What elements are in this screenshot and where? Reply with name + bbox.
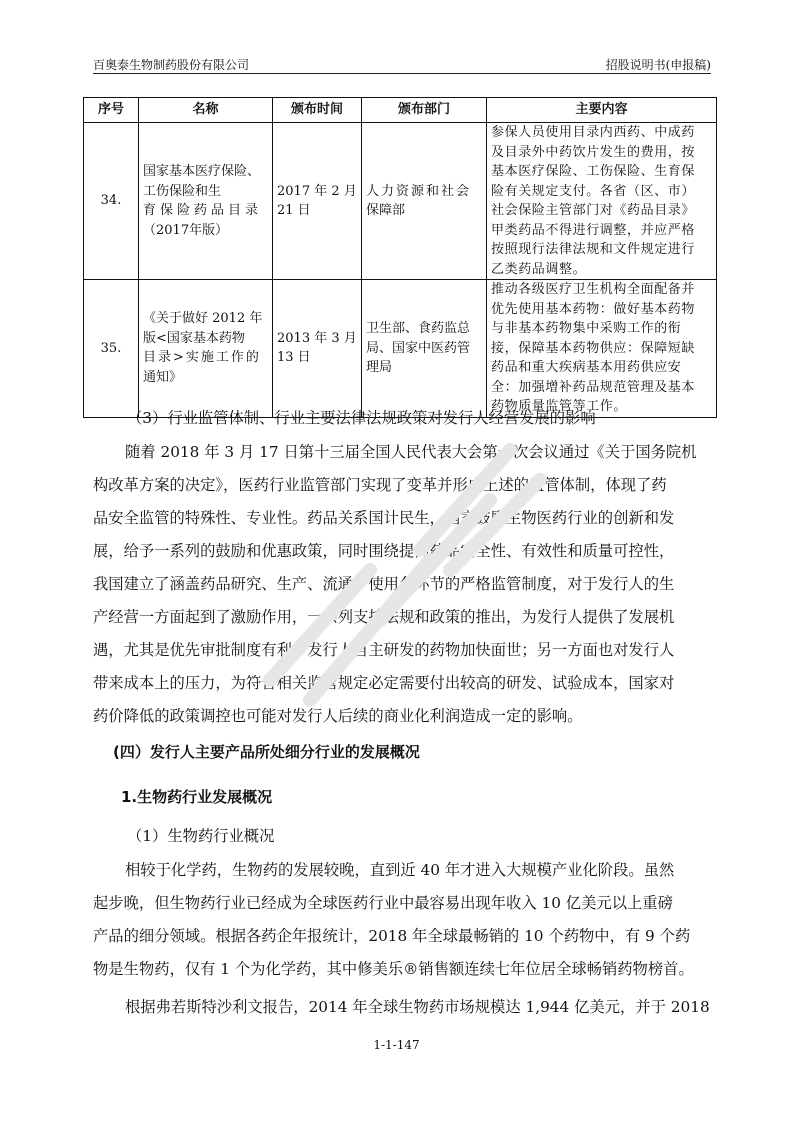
text-line: 卫生部、食药监总 [366,319,482,339]
col-header-dept: 颁布部门 [362,98,487,123]
main-content: 参保人员使用目录内西药、中成药 及目录外中药饮片发生的费用，按 基本医疗保险、工… [487,123,717,280]
text-line: 药品和重大疾病基本用药供应安 [491,358,712,378]
paragraph-line: 产品的细分领域。根据各药企年报统计，2018 年全球最畅销的 10 个药物中，有… [93,924,713,946]
text-line: 局、国家中医药管 [366,339,482,359]
text-line: （2017年版） [143,221,268,241]
issue-date: 2017 年 2 月 21 日 [273,123,362,280]
paragraph-line: 随着 2018 年 3 月 17 日第十三届全国人民代表大会第一次会议通过《关于… [125,440,745,462]
table-row: 34. 国家基本医疗保险、 工伤保险和生 育保险药品目录 （2017年版） 20… [84,123,717,280]
paragraph-line: 相较于化学药，生物药的发展较晚，直到近 40 年才进入大规模产业化阶段。虽然 [125,858,745,880]
text-line: 甲类药品不得进行调整，并应严格 [491,221,712,241]
text-line: 版<国家基本药物 [143,329,268,349]
paragraph-line: 构改革方案的决定》，医药行业监管部门实现了变革并形成上述的监管体制，体现了药 [93,473,713,495]
paragraph-line: 带来成本上的压力，为符合相关监管规定必定需要付出较高的研发、试验成本，国家对 [93,671,713,693]
table-header-row: 序号 名称 颁布时间 颁布部门 主要内容 [84,98,717,123]
table-row: 35. 《关于做好 2012 年 版<国家基本药物 目录>实施工作的 通知》 2… [84,280,717,418]
text-line: 险有关规定支付。各省（区、市） [491,182,712,202]
text-line: 《关于做好 2012 年 [143,309,268,329]
regulation-name: 《关于做好 2012 年 版<国家基本药物 目录>实施工作的 通知》 [139,280,273,418]
page-number: 1-1-147 [0,1038,793,1052]
col-header-date: 颁布时间 [273,98,362,123]
company-name: 百奥泰生物制药股份有限公司 [93,56,249,73]
text-line: 2013 年 3 月 [277,329,357,349]
text-line: 保障部 [366,201,482,221]
text-line: 理局 [366,358,482,378]
text-line: 基本医疗保险、工伤保险、生育保 [491,162,712,182]
section-heading-4: (四）发行人主要产品所处细分行业的发展概况 [113,741,733,762]
paragraph-line: 展，给予一系列的鼓励和优惠政策，同时围绕提高药品安全性、有效性和质量可控性， [93,539,713,561]
text-line: 育保险药品目录 [143,201,268,221]
page-header: 百奥泰生物制药股份有限公司 招股说明书(申报稿) [93,55,711,74]
main-content: 推动各级医疗卫生机构全面配备并 优先使用基本药物：做好基本药物 与非基本药物集中… [487,280,717,418]
issuing-department: 人力资源和社会 保障部 [362,123,487,280]
text-line: 乙类药品调整。 [491,260,712,280]
row-number: 35. [84,280,139,418]
text-line: 与非基本药物集中采购工作的衔 [491,319,712,339]
document-type: 招股说明书(申报稿) [606,56,711,73]
text-line: 全：加强增补药品规范管理及基本 [491,378,712,398]
col-header-content: 主要内容 [487,98,717,123]
text-line: 通知》 [143,368,268,388]
text-line: 推动各级医疗卫生机构全面配备并 [491,280,712,300]
regulation-name: 国家基本医疗保险、 工伤保险和生 育保险药品目录 （2017年版） [139,123,273,280]
issuing-department: 卫生部、食药监总 局、国家中医药管 理局 [362,280,487,418]
paragraph-line: 起步晚，但生物药行业已经成为全球医药行业中最容易出现年收入 10 亿美元以上重磅 [93,891,713,913]
regulations-table: 序号 名称 颁布时间 颁布部门 主要内容 34. 国家基本医疗保险、 工伤保险和… [83,97,717,418]
paragraph-line: 品安全监管的特殊性、专业性。药品关系国计民生，国家鼓励生物医药行业的创新和发 [93,506,713,528]
col-header-name: 名称 [139,98,273,123]
paragraph-line: 根据弗若斯特沙利文报告，2014 年全球生物药市场规模达 1,944 亿美元，并… [125,995,745,1017]
subheading-regulatory-impact: （3）行业监管体制、行业主要法律法规政策对发行人经营发展的影响 [127,406,747,428]
paragraph-line: 药价降低的政策调控也可能对发行人后续的商业化利润造成一定的影响。 [93,704,713,726]
section-heading-1: 1.生物药行业发展概况 [121,786,741,807]
text-line: 工伤保险和生 [143,182,268,202]
col-header-no: 序号 [84,98,139,123]
row-number: 34. [84,123,139,280]
text-line: 目录>实施工作的 [143,348,268,368]
text-line: 国家基本医疗保险、 [143,162,268,182]
text-line: 优先使用基本药物：做好基本药物 [491,300,712,320]
paragraph-line: 物是生物药，仅有 1 个为化学药，其中修美乐®销售额连续七年位居全球畅销药物榜首… [93,957,713,979]
paragraph-line: 遇，尤其是优先审批制度有利于发行人自主研发的药物加快面世；另一方面也对发行人 [93,638,713,660]
text-line: 社会保险主管部门对《药品目录》 [491,201,712,221]
text-line: 13 日 [277,348,357,368]
text-line: 人力资源和社会 [366,182,482,202]
text-line: 21 日 [277,201,357,221]
paragraph-line: 产经营一方面起到了激励作用，一系列支持法规和政策的推出，为发行人提供了发展机 [93,605,713,627]
subheading-biopharma-overview: （1）生物药行业概况 [127,824,747,846]
text-line: 2017 年 2 月 [277,182,357,202]
text-line: 及目录外中药饮片发生的费用，按 [491,143,712,163]
text-line: 接，保障基本药物供应：保障短缺 [491,339,712,359]
text-line: 参保人员使用目录内西药、中成药 [491,123,712,143]
text-line: 按照现行法律法规和文件规定进行 [491,240,712,260]
issue-date: 2013 年 3 月 13 日 [273,280,362,418]
paragraph-line: 我国建立了涵盖药品研究、生产、流通、使用各环节的严格监管制度，对于发行人的生 [93,572,713,594]
